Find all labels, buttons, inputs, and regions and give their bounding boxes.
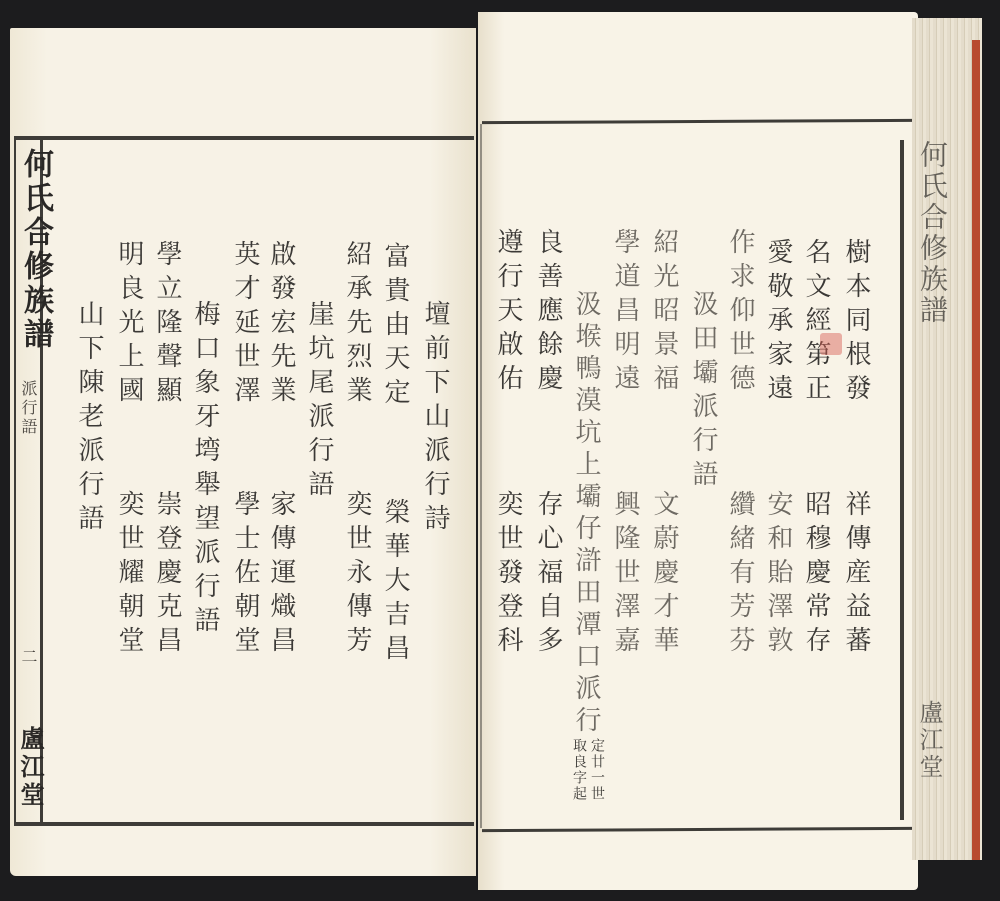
- text-column: 昭穆慶常存: [803, 490, 829, 660]
- section-heading: 崖坑尾派行語: [306, 300, 332, 504]
- text-column: 良善應餘慶: [535, 228, 561, 398]
- gutter-line: [480, 124, 482, 828]
- section-heading: 汲田壩派行語: [690, 290, 716, 494]
- page-number: 二: [17, 648, 40, 667]
- section-heading: 山下陳老派行語: [76, 300, 102, 538]
- text-column: 學士佐朝堂: [232, 490, 258, 660]
- section-label: 派行語: [17, 380, 40, 437]
- cover-edge: [972, 40, 980, 860]
- text-column: 家傳運熾昌: [268, 490, 294, 660]
- text-column: 樹本同根發: [843, 238, 869, 408]
- right-margin-hall: 盧江堂: [912, 700, 947, 781]
- section-heading: 汲堠鴨漠坑上壩仔滸田潭口派行: [573, 290, 599, 738]
- text-column: 明良光上國: [116, 240, 142, 410]
- text-column: 奕世發登科: [495, 490, 521, 660]
- text-column: 文蔚慶才華: [651, 490, 677, 660]
- text-column: 名文經第正: [803, 238, 829, 408]
- text-column: 祥傳産益蕃: [843, 490, 869, 660]
- spine-title: 何氏合修族譜: [13, 148, 57, 352]
- text-column: 遵行天啟佑: [495, 228, 521, 398]
- annotation: 取良字起: [572, 738, 586, 802]
- text-column: 紹光昭景福: [651, 228, 677, 398]
- text-column: 英才延世澤: [232, 240, 258, 410]
- top-border-left: [14, 136, 474, 140]
- text-column: 紹承先烈業: [344, 240, 370, 410]
- text-column: 安和貽澤敦: [765, 490, 791, 660]
- text-column: 纘緒有芳芬: [727, 490, 753, 660]
- text-column: 學道昌明遠: [612, 228, 638, 398]
- text-column: 富貴由天定: [382, 242, 408, 412]
- seal-mark: [820, 333, 842, 355]
- text-column: 榮華大吉昌: [382, 498, 408, 668]
- annotation: 定廿一世: [590, 738, 604, 802]
- text-column: 啟發宏先業: [268, 240, 294, 410]
- text-column: 興隆世澤嘉: [612, 490, 638, 660]
- poem-heading: 壇前下山派行詩: [422, 300, 448, 538]
- text-column: 奕世耀朝堂: [116, 490, 142, 660]
- right-margin-title: 何氏合修族譜: [912, 140, 952, 326]
- text-column: 學立隆聲顯: [154, 240, 180, 410]
- text-column: 存心福自多: [535, 490, 561, 660]
- text-column: 愛敬承家遠: [765, 238, 791, 408]
- bottom-border-left: [14, 822, 474, 826]
- text-column: 崇登慶克昌: [154, 490, 180, 660]
- text-column: 作求仰世德: [727, 228, 753, 398]
- section-heading: 梅口象牙塆舉望派行語: [192, 300, 218, 640]
- text-column: 奕世永傳芳: [344, 490, 370, 660]
- hall-name: 盧江堂: [13, 726, 48, 810]
- right-inner-border: [900, 140, 904, 820]
